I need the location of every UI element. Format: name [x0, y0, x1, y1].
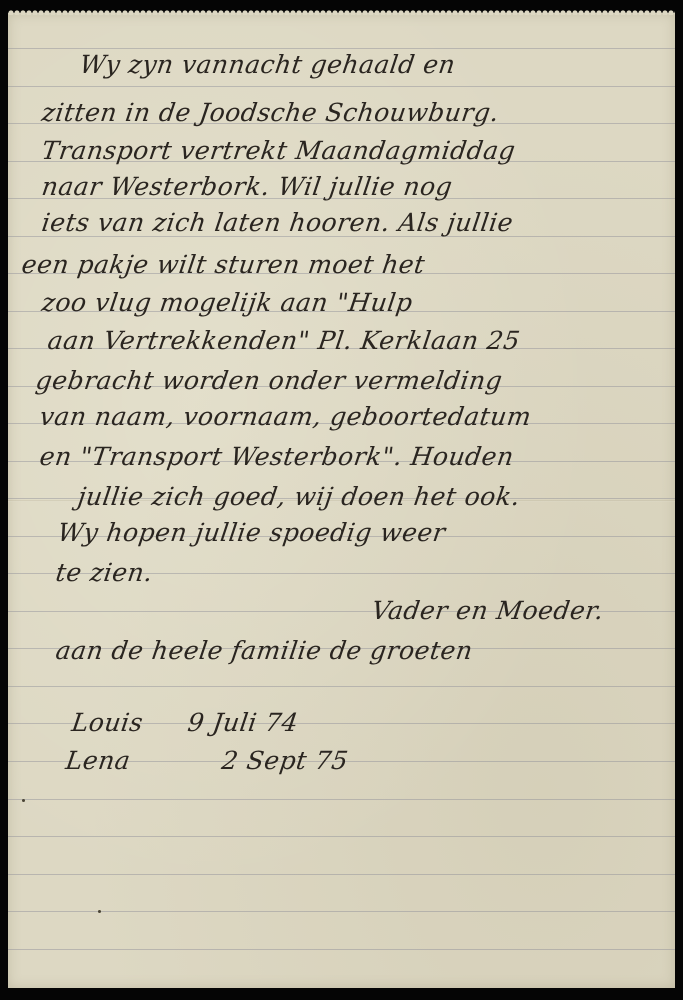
ruled-line [8, 799, 675, 800]
letter-line: van naam, voornaam, geboortedatum [38, 402, 533, 431]
ruled-line [8, 874, 675, 875]
ruled-line [8, 48, 675, 49]
birthdate-value: 9 Juli 74 [186, 708, 300, 737]
birthdate-name: Louis [70, 708, 145, 737]
paper-speck [98, 910, 101, 913]
ruled-line [8, 836, 675, 837]
greeting: aan de heele familie de groeten [54, 636, 475, 665]
ruled-line [8, 911, 675, 912]
perforated-edge [8, 9, 675, 15]
ruled-line [8, 949, 675, 950]
letter-line: Wy hopen jullie spoedig weer [56, 518, 447, 547]
letter-line: aan Vertrekkenden" Pl. Kerklaan 25 [46, 326, 522, 355]
letter-line: Wy zyn vannacht gehaald en [78, 50, 457, 79]
ruled-line [8, 86, 675, 87]
letter-line: naar Westerbork. Wil jullie nog [40, 172, 454, 201]
letter-line: een pakje wilt sturen moet het [20, 250, 427, 279]
paper-speck [22, 799, 25, 802]
letter-line: zitten in de Joodsche Schouwburg. [40, 98, 501, 127]
signature: Vader en Moeder. [370, 596, 606, 625]
letter-line: zoo vlug mogelijk aan "Hulp [40, 288, 415, 317]
birthdate-value: 2 Sept 75 [220, 746, 350, 775]
letter-line: te zien. [54, 558, 155, 587]
letter-line: gebracht worden onder vermelding [34, 366, 504, 395]
letter-line: jullie zich goed, wij doen het ook. [76, 482, 522, 511]
letter-line: en "Transport Westerbork". Houden [38, 442, 516, 471]
letter-line: Transport vertrekt Maandagmiddag [40, 136, 517, 165]
birthdate-name: Lena [64, 746, 132, 775]
ruled-line [8, 686, 675, 687]
letter-line: iets van zich laten hooren. Als jullie [40, 208, 515, 237]
